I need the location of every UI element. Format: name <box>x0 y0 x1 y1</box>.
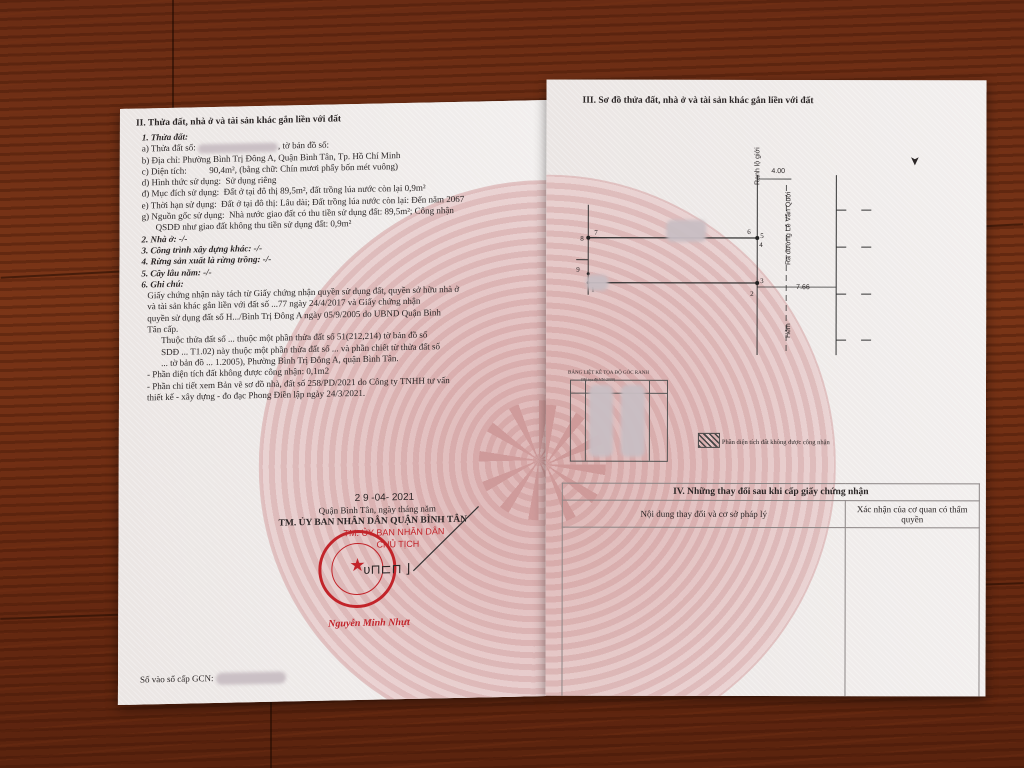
certificate-right-page: III. Sơ đồ thửa đất, nhà ở và tài sản kh… <box>545 80 986 697</box>
legend-text: Phần diện tích đất không được công nhận <box>722 437 830 448</box>
dimension-depth: 7.66 <box>796 282 810 293</box>
point-label: 9 <box>576 265 580 276</box>
changes-table: IV. Những thay đổi sau khi cấp giấy chứn… <box>561 483 979 697</box>
redacted-block <box>198 142 278 153</box>
wood-seam <box>172 0 174 110</box>
point-label: 3 <box>760 276 764 287</box>
coordinate-table <box>570 380 668 462</box>
notes-block: Giấy chứng nhận này tách từ Giấy chứng n… <box>141 284 464 404</box>
hatched-legend-swatch <box>698 433 720 448</box>
redacted-block <box>216 671 286 684</box>
changes-col-content: Nội dung thay đổi và cơ sở pháp lý <box>562 500 845 527</box>
land-parcel-info: 1. Thửa đất: a) Thửa đất số: , tờ bản đồ… <box>141 126 465 404</box>
redacted-block <box>589 385 613 457</box>
registry-number: Số vào sổ cấp GCN: <box>140 671 286 686</box>
land-plot-diagram <box>571 155 911 376</box>
signer-name: Nguyễn Minh Nhựt <box>328 617 410 630</box>
changes-title: IV. Những thay đổi sau khi cấp giấy chứn… <box>562 483 979 501</box>
changes-col-confirm: Xác nhận của cơ quan có thẩm quyền <box>845 501 979 528</box>
point-label: 2 <box>750 289 754 300</box>
road-label: Ra đường Lê Văn Quới <box>783 192 794 265</box>
signature-stroke <box>403 501 483 575</box>
redacted-block <box>586 275 608 291</box>
certificate-left-page: II. Thửa đất, nhà ở và tài sản khác gắn … <box>118 100 548 705</box>
point-label: 8 <box>580 234 584 245</box>
point-label: 4 <box>759 240 763 251</box>
north-arrow-icon: ➤ <box>909 156 920 166</box>
alley-label: Hẻm <box>783 323 794 338</box>
boundary-label: Ranh lộ giới <box>752 147 763 185</box>
dimension-width: 4.00 <box>771 166 785 177</box>
point-label: 7 <box>594 228 598 239</box>
redacted-block <box>666 220 706 242</box>
redacted-block <box>621 385 645 457</box>
point-label: 6 <box>747 227 751 238</box>
section-title: III. Sơ đồ thửa đất, nhà ở và tài sản kh… <box>582 96 813 108</box>
section-title: II. Thửa đất, nhà ở và tài sản khác gắn … <box>136 114 341 130</box>
